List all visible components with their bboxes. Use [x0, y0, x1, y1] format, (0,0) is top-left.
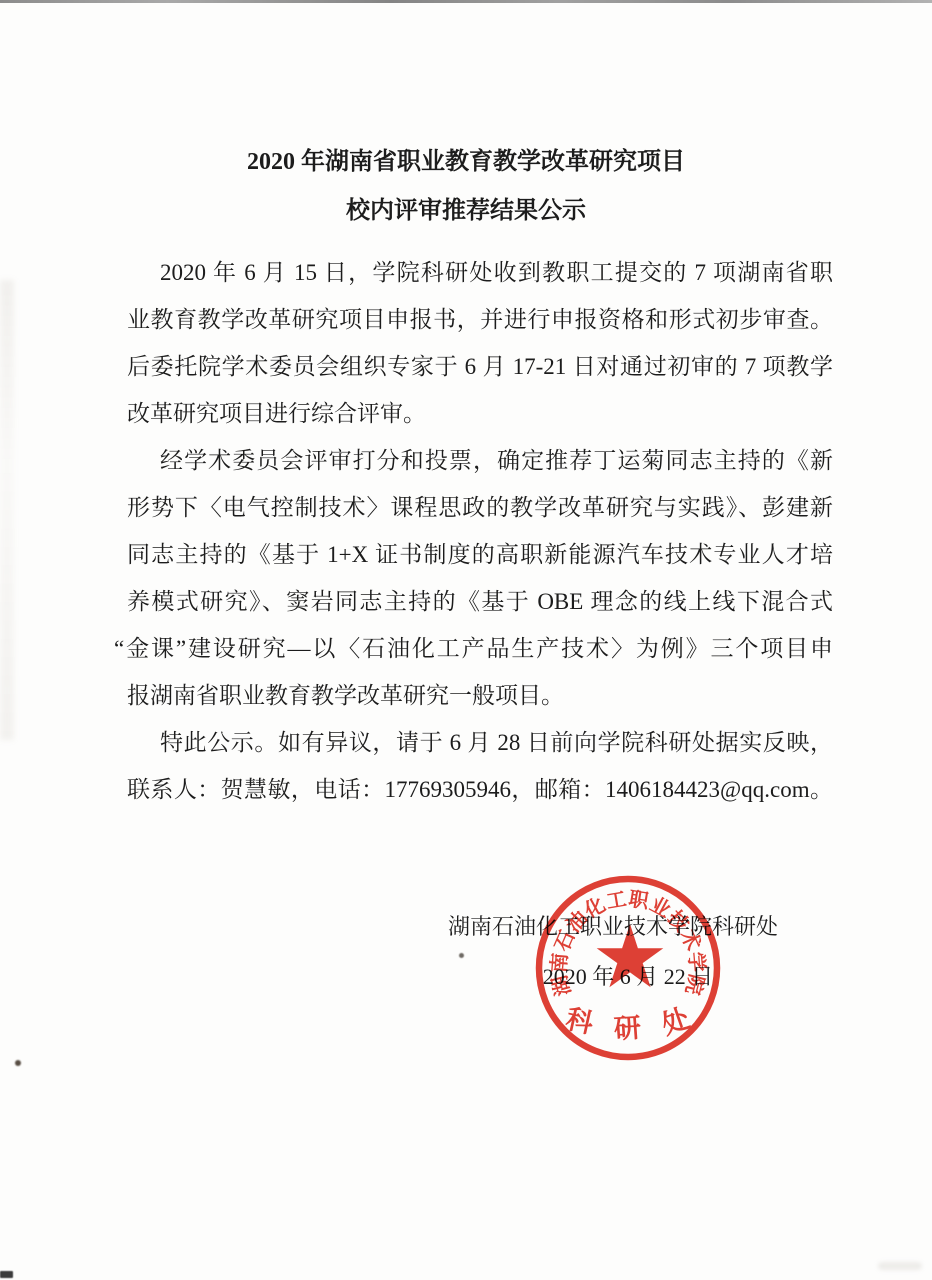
body-line: 2020 年 6 月 15 日，学院科研处收到教职工提交的 7 项湖南省职 — [127, 249, 833, 296]
seal-star-icon — [597, 924, 664, 987]
document-page: 2020 年湖南省职业教育教学改革研究项目 校内评审推荐结果公示 2020 年 … — [0, 0, 932, 1280]
body-line: 养模式研究》、窦岩同志主持的《基于 OBE 理念的线上线下混合式 — [127, 578, 833, 625]
scan-edge-top — [0, 0, 932, 3]
scan-artifact — [0, 280, 14, 740]
document-title-line2: 校内评审推荐结果公示 — [0, 196, 932, 226]
document-body: 2020 年 6 月 15 日，学院科研处收到教职工提交的 7 项湖南省职 业教… — [127, 249, 833, 813]
body-line: 经学术委员会评审打分和投票，确定推荐丁运菊同志主持的《新 — [127, 437, 833, 484]
scan-artifact — [15, 1060, 21, 1066]
body-line: 报湖南省职业教育教学改革研究一般项目。 — [127, 672, 833, 719]
body-line: 特此公示。如有异议，请于 6 月 28 日前向学院科研处据实反映， — [127, 719, 833, 766]
document-title-line1: 2020 年湖南省职业教育教学改革研究项目 — [0, 147, 932, 177]
body-line: 形势下〈电气控制技术〉课程思政的教学改革研究与实践》、彭建新 — [127, 484, 833, 531]
scan-artifact — [0, 1271, 13, 1278]
body-line: 后委托院学术委员会组织专家于 6 月 17-21 日对通过初审的 7 项教学 — [127, 343, 833, 390]
scan-artifact — [878, 1262, 922, 1270]
scan-artifact — [459, 953, 464, 958]
body-line: 联系人：贺慧敏，电话：17769305946，邮箱：1406184423@qq.… — [127, 766, 833, 813]
seal-bottom-text: 科研处 — [563, 995, 716, 1044]
body-line: 改革研究项目进行综合评审。 — [127, 390, 833, 437]
body-line: 业教育教学改革研究项目申报书，并进行申报资格和形式初步审查。 — [127, 296, 833, 343]
body-line: 同志主持的《基于 1+X 证书制度的高职新能源汽车技术专业人才培 — [127, 531, 833, 578]
body-line: “金课”建设研究—以〈石油化工产品生产技术〉为例》三个项目申 — [114, 625, 833, 672]
official-seal-stamp: 湖南石油化工职业技术学院 科研处 — [533, 873, 723, 1063]
